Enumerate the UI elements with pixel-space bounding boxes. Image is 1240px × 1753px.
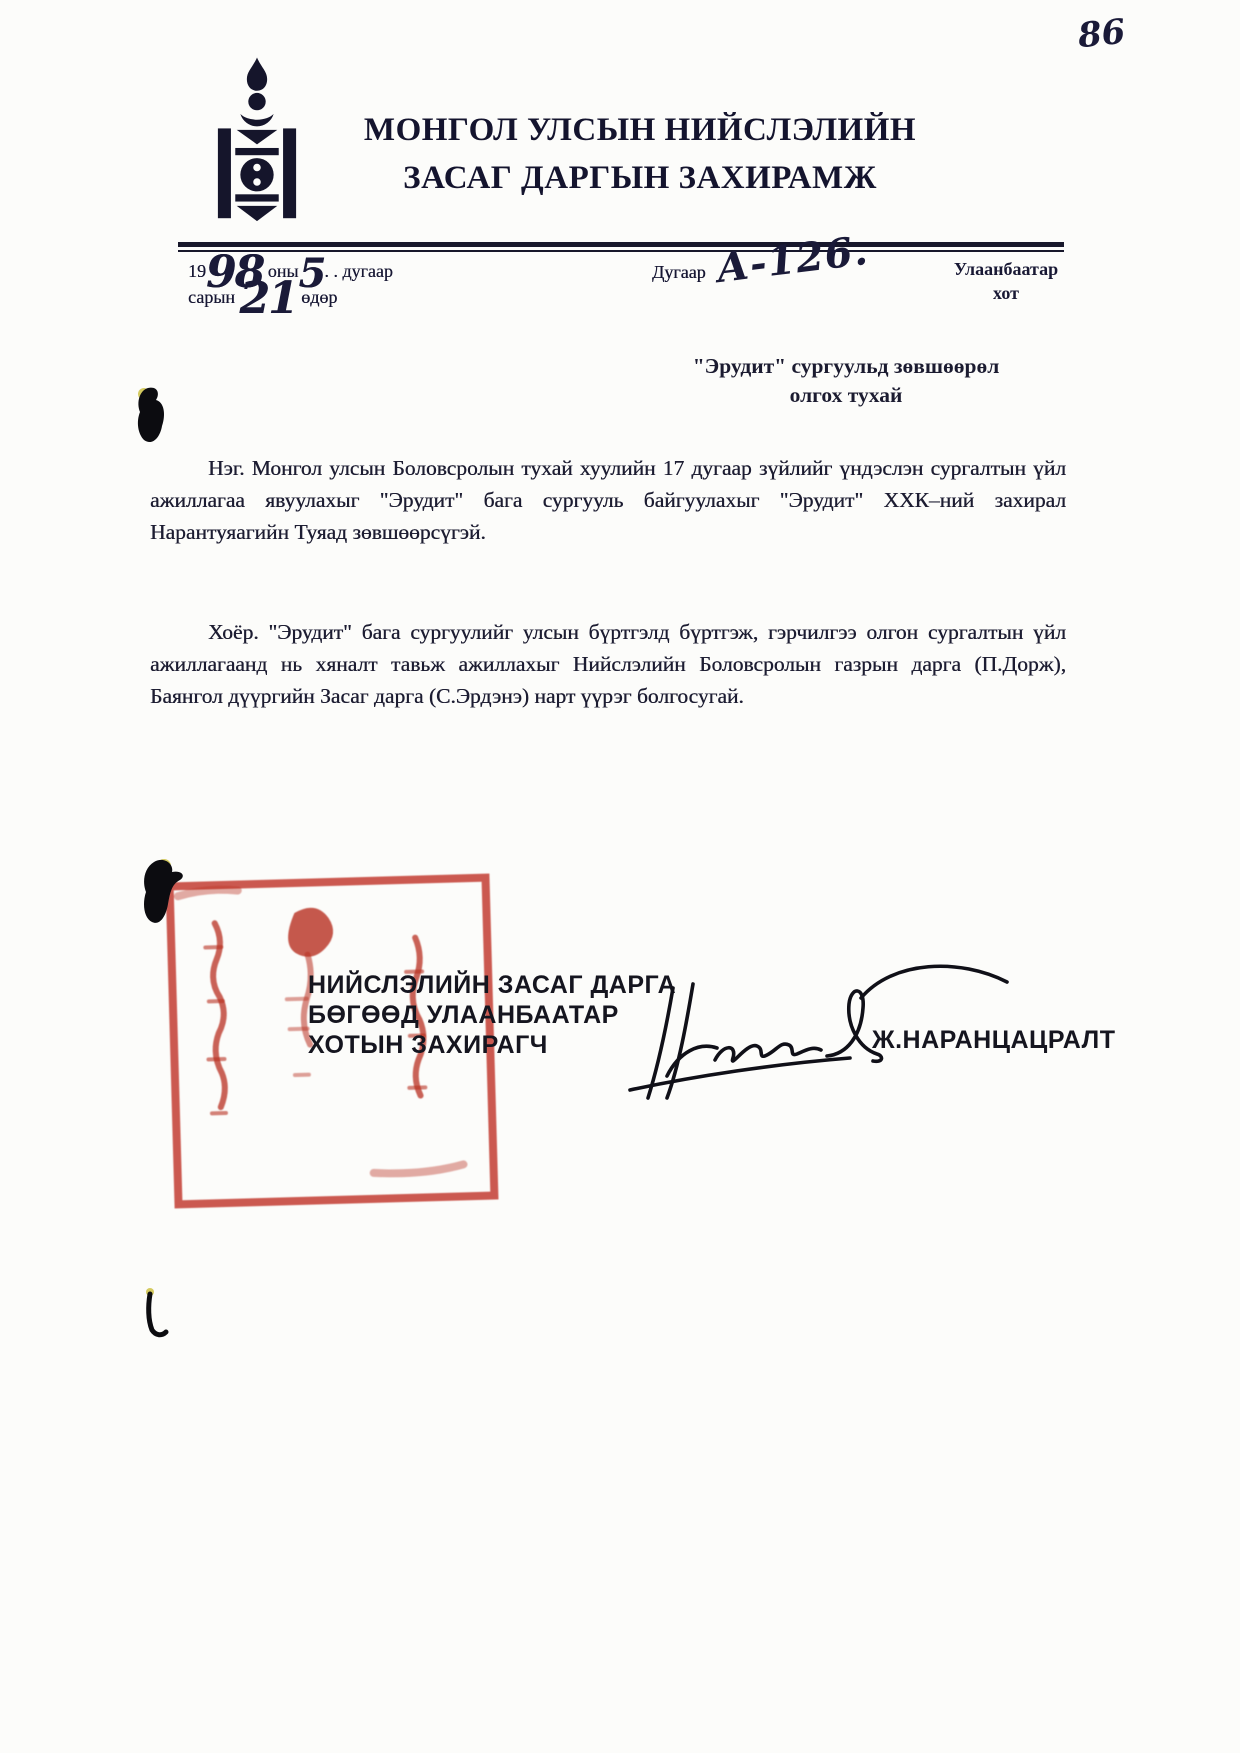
handwritten-day: 21 [239, 273, 296, 324]
subject-line2: олгох тухай [656, 381, 1036, 410]
subject: "Эрудит" сургуульд зөвшөөрөл олгох тухай [656, 352, 1036, 410]
ink-blot-stamp [134, 856, 192, 942]
date-printed-prefix: 19 [188, 261, 206, 281]
number-label: Дугаар [652, 262, 706, 283]
document-page: 86 МОНГОЛ УЛСЫН НИЙСЛЭЛИЙН ЗАСАГ ДАРГЫН … [0, 0, 1240, 1753]
date-block: 1998 оны5. . дугаар сарын 21 өдөр [188, 258, 448, 310]
city-line1: Улаанбаатар [936, 257, 1076, 281]
header-rule [178, 242, 1064, 247]
city-block: Улаанбаатар хот [936, 257, 1076, 305]
paragraph-two: Хоёр. "Эрудит" бага сургуулийг улсын бүр… [150, 616, 1066, 712]
header-title-line1: МОНГОЛ УЛСЫН НИЙСЛЭЛИЙН [352, 106, 928, 154]
ink-blot-top [130, 384, 182, 456]
city-line2: хот [936, 281, 1076, 305]
ink-blot-bottom [138, 1286, 172, 1346]
subject-line1: "Эрудит" сургуульд зөвшөөрөл [656, 352, 1036, 381]
date-printed-line2b: өдөр [297, 287, 338, 307]
header-title-line2: ЗАСАГ ДАРГЫН ЗАХИРАМЖ [352, 154, 928, 202]
header-title: МОНГОЛ УЛСЫН НИЙСЛЭЛИЙН ЗАСАГ ДАРГЫН ЗАХ… [352, 106, 928, 202]
handwritten-page-number: 86 [1076, 12, 1127, 57]
handwritten-number-value: А-126. [714, 227, 871, 292]
soyombo-emblem-icon [210, 56, 304, 224]
signature-name: Ж.НАРАНЦАЦРАЛТ [872, 1026, 1115, 1055]
date-printed-line2a: сарын [188, 287, 239, 307]
date-printed-mid2: . . дугаар [324, 261, 393, 281]
paragraph-one: Нэг. Монгол улсын Боловсролын тухай хуул… [150, 452, 1066, 548]
